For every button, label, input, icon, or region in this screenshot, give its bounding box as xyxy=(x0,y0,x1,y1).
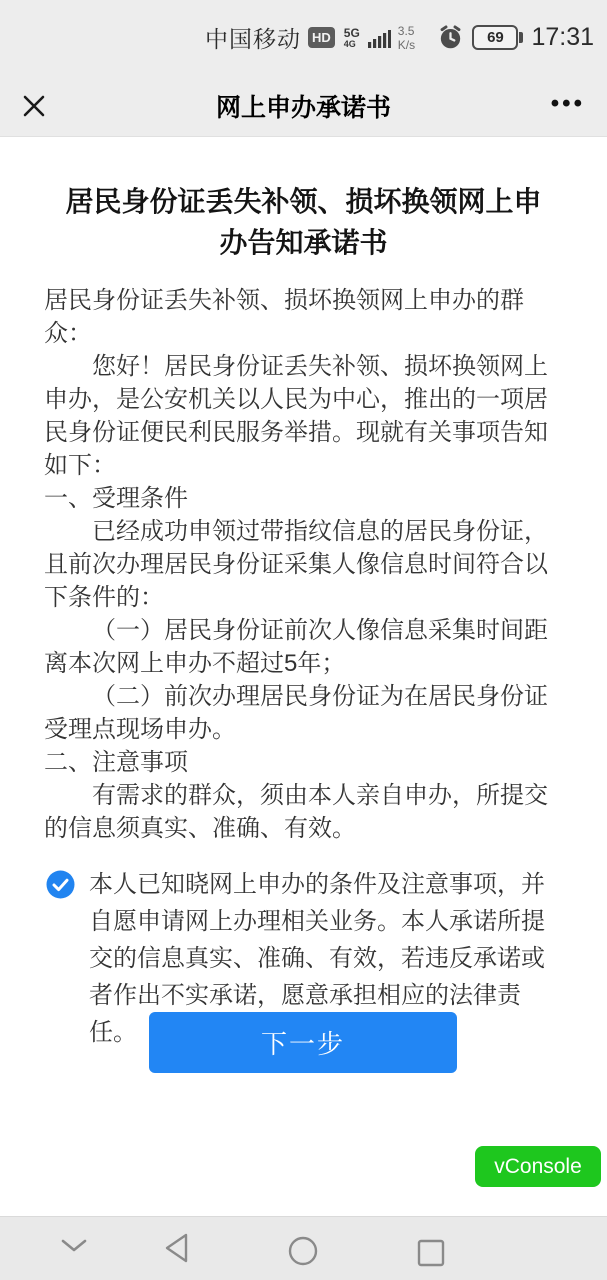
home-icon[interactable] xyxy=(288,1236,318,1271)
recents-icon[interactable] xyxy=(417,1239,445,1272)
next-step-button[interactable]: 下一步 xyxy=(149,1012,457,1073)
alarm-clock-icon xyxy=(437,24,464,51)
document-paragraph: 二、注意事项 xyxy=(44,746,564,779)
system-nav-bar xyxy=(0,1216,607,1280)
battery-level: 69 xyxy=(472,25,518,50)
status-left-group: 中国移动 HD 5G 4G 3.5 K/s xyxy=(205,0,415,75)
close-icon[interactable] xyxy=(20,92,48,120)
document-title: 居民身份证丢失补领、损坏换领网上申办告知承诺书 xyxy=(55,181,552,263)
carrier-label: 中国移动 xyxy=(205,21,301,54)
agreement-checkbox-checked[interactable] xyxy=(46,870,75,899)
document-body: 居民身份证丢失补领、损坏换领网上申办的群众：您好！居民身份证丢失补领、损坏换领网… xyxy=(44,284,564,845)
hide-navbar-chevron-icon[interactable] xyxy=(60,1238,88,1259)
title-bar: 网上申办承诺书 ••• xyxy=(0,75,607,137)
phone-screen: 中国移动 HD 5G 4G 3.5 K/s xyxy=(0,0,607,1280)
network-type-label: 5G 4G xyxy=(344,27,360,49)
document-paragraph: （一）居民身份证前次人像信息采集时间距离本次网上申办不超过5年； xyxy=(44,614,564,680)
more-menu-icon[interactable]: ••• xyxy=(551,89,585,117)
page-title: 网上申办承诺书 xyxy=(216,88,391,124)
network-speed: 3.5 K/s xyxy=(398,25,415,51)
document-paragraph: （二）前次办理居民身份证为在居民身份证受理点现场申办。 xyxy=(44,680,564,746)
status-right-group: 69 17:31 xyxy=(437,0,594,75)
hd-volte-icon: HD xyxy=(308,27,335,48)
vconsole-button[interactable]: vConsole xyxy=(475,1146,601,1187)
signal-bars-icon xyxy=(367,27,391,49)
battery-icon: 69 xyxy=(472,25,523,50)
document-paragraph: 您好！居民身份证丢失补领、损坏换领网上申办，是公安机关以人民为中心，推出的一项居… xyxy=(44,350,564,482)
document-paragraph: 有需求的群众，须由本人亲自申办，所提交的信息须真实、准确、有效。 xyxy=(44,779,564,845)
status-bar: 中国移动 HD 5G 4G 3.5 K/s xyxy=(0,0,607,75)
document-paragraph: 一、受理条件 xyxy=(44,482,564,515)
back-icon[interactable] xyxy=(162,1231,190,1270)
document-paragraph: 居民身份证丢失补领、损坏换领网上申办的群众： xyxy=(44,284,564,350)
document-paragraph: 已经成功申领过带指纹信息的居民身份证，且前次办理居民身份证采集人像信息时间符合以… xyxy=(44,515,564,614)
status-time: 17:31 xyxy=(531,23,594,52)
